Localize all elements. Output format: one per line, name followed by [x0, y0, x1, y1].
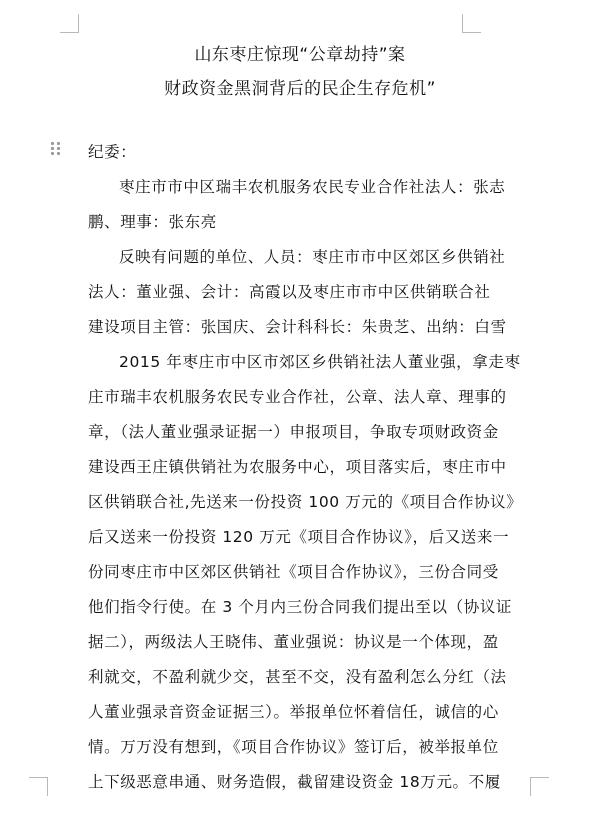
page-number: 1: [304, 780, 309, 789]
body-line: 情。万万没有想到，《项目合作协议》签订后，被举报单位: [88, 735, 499, 757]
page-corner-mark-top-left: [60, 14, 79, 33]
body-line: 人董业强录音资金证据三）。举报单位怀着信任，诚信的心: [88, 700, 499, 722]
body-line: 建设西王庄镇供销社为农服务中心，项目落实后，枣庄市中: [88, 455, 507, 477]
body-line: 反映有问题的单位、人员：枣庄市市中区郊区乡供销社: [119, 245, 505, 267]
body-line: 2015 年枣庄市中区市郊区乡供销社法人董业强，拿走枣: [119, 350, 521, 372]
page-corner-mark-top-right: [462, 14, 481, 33]
body-line: 枣庄市市中区瑞丰农机服务农民专业合作社法人：张志: [119, 175, 505, 197]
paragraph-drag-handle-icon[interactable]: [51, 142, 63, 156]
body-line: 区供销联合社,先送来一份投资 100 万元的《项目合作协议》: [88, 490, 522, 512]
body-line: 据二），两级法人王晓伟、董业强说：协议是一个体现，盈: [88, 630, 499, 652]
body-line: 他们指令行使。在 3 个月内三份合同我们提出至以（协议证: [88, 595, 512, 617]
page-corner-mark-bottom-left: [29, 777, 48, 796]
document-title-line-2: 财政资金黑洞背后的民企生存危机”: [0, 74, 600, 99]
page-corner-mark-bottom-right: [530, 777, 549, 796]
document-title-line-1: 山东枣庄惊现“公章劫持”案: [0, 40, 600, 65]
salutation: 纪委：: [88, 140, 136, 162]
body-line: 建设项目主管：张国庆、会计科科长：朱贵芝、出纳：白雪: [88, 315, 507, 337]
body-line: 法人：董业强、会计：高霞以及枣庄市市中区供销联合社: [88, 280, 491, 302]
body-line: 利就交，不盈利就少交，甚至不交，没有盈利怎么分红（法: [88, 665, 507, 687]
body-line: 章，（法人董业强录证据一）申报项目，争取专项财政资金: [88, 420, 499, 442]
body-line: 庄市瑞丰农机服务农民专业合作社，公章、法人章、理事的: [88, 385, 507, 407]
body-line: 鹏、理事：张东亮: [88, 210, 217, 232]
body-line: 上下级恶意串通、财务造假，截留建设资金 18万元。不履: [88, 770, 501, 792]
body-line: 份同枣庄市中区郊区供销社《项目合作协议》，三份合同受: [88, 560, 499, 582]
body-line: 后又送来一份投资 120 万元《项目合作协议》，后又送来一: [88, 525, 509, 547]
